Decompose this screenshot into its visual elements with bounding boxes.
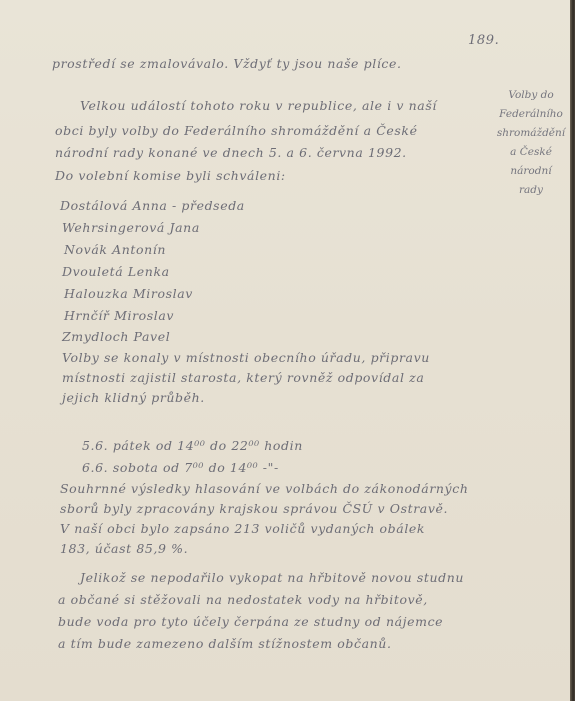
commission-member: Zmydloch Pavel	[62, 331, 170, 344]
commission-member: Hrnčíř Miroslav	[64, 310, 174, 323]
text-line: národní rady konané ve dnech 5. a 6. čer…	[55, 147, 407, 160]
text-line: Do volební komise byli schváleni:	[55, 170, 286, 183]
margin-note-line: shromáždění	[492, 124, 570, 143]
text-line: Volby se konaly v místnosti obecního úřa…	[62, 352, 430, 365]
page-number: 189.	[468, 34, 499, 47]
text-line: obci byly volby do Federálního shromáždě…	[55, 125, 418, 138]
margin-note-line: Volby do	[492, 86, 570, 105]
commission-member: Novák Antonín	[64, 244, 166, 257]
text-line: sborů byly zpracovány krajskou správou Č…	[60, 503, 448, 516]
margin-note: Volby do Federálního shromáždění a České…	[492, 86, 570, 200]
text-line: 183, účast 85,9 %.	[60, 543, 188, 556]
schedule-line: 5.6. pátek od 14⁰⁰ do 22⁰⁰ hodin	[82, 440, 303, 453]
book-spine-edge	[570, 0, 575, 701]
commission-member: Dostálová Anna - předseda	[60, 200, 245, 213]
margin-note-line: národní	[492, 162, 570, 181]
text-line: Souhrnné výsledky hlasování ve volbách d…	[60, 483, 468, 496]
text-line: jejich klidný průběh.	[62, 392, 205, 405]
text-line: a tím bude zamezeno dalším stížnostem ob…	[58, 638, 392, 651]
margin-note-line: rady	[492, 181, 570, 200]
margin-note-line: Federálního	[492, 105, 570, 124]
chronicle-page: 189. prostředí se zmalovávalo. Vždyť ty …	[0, 0, 570, 701]
text-line: Velkou událostí tohoto roku v republice,…	[80, 100, 437, 113]
text-line: bude voda pro tyto účely čerpána ze stud…	[58, 616, 443, 629]
text-line: místnosti zajistil starosta, který rovně…	[62, 372, 424, 385]
margin-note-line: a České	[492, 143, 570, 162]
commission-member: Dvouletá Lenka	[62, 266, 170, 279]
continued-text-line: prostředí se zmalovávalo. Vždyť ty jsou …	[52, 58, 402, 71]
text-line: Jelikož se nepodařilo vykopat na hřbitov…	[80, 572, 464, 585]
schedule-line: 6.6. sobota od 7⁰⁰ do 14⁰⁰ -"-	[82, 462, 279, 475]
commission-member: Halouzka Miroslav	[64, 288, 193, 301]
commission-member: Wehrsingerová Jana	[62, 222, 200, 235]
text-line: a občané si stěžovali na nedostatek vody…	[58, 594, 428, 607]
text-line: V naší obci bylo zapsáno 213 voličů vyda…	[60, 523, 425, 536]
